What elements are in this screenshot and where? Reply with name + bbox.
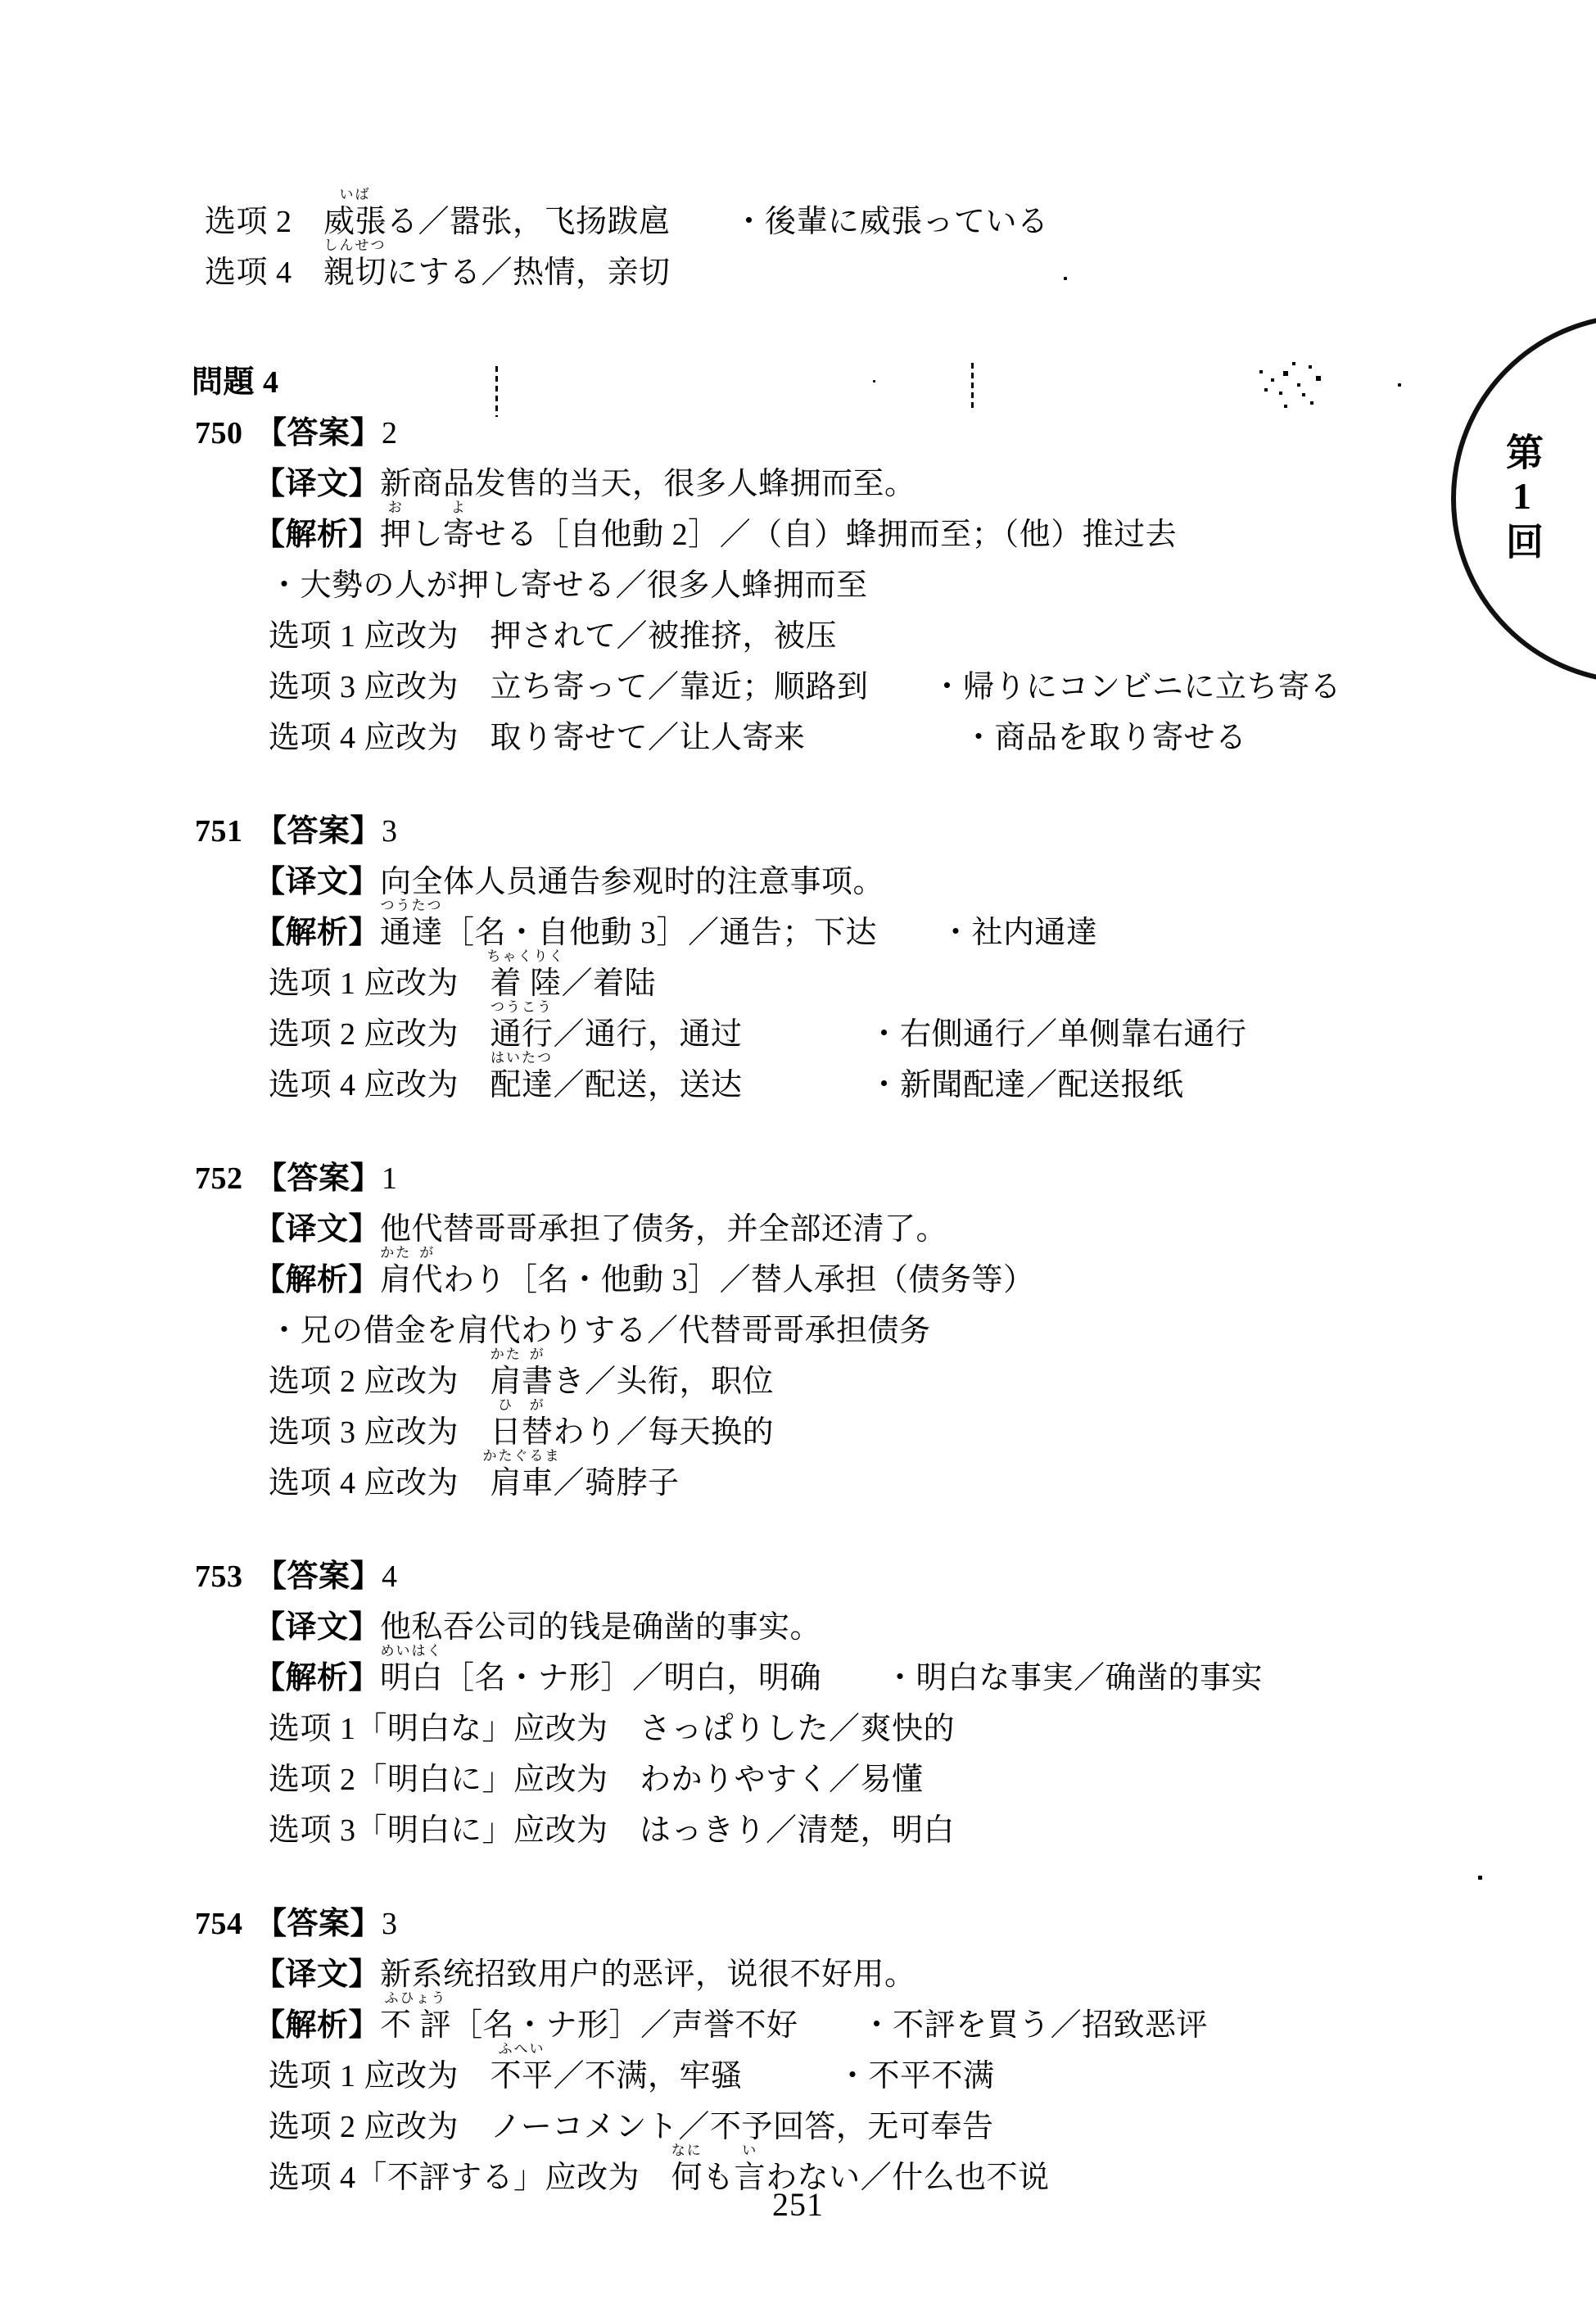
text-segment: 新系统招致用户的恶评，说很不好用。 xyxy=(380,1958,916,1992)
ruby-annotated-word: かた肩 xyxy=(380,1255,412,1306)
text-segment: 3 xyxy=(382,1907,398,1941)
furigana: ひ xyxy=(498,1398,513,1412)
scan-artifact xyxy=(1064,277,1067,280)
text-segment: ／配送，送达 ・新聞配達／配送报纸 xyxy=(554,1068,1184,1102)
bold-label: 【解析】 xyxy=(254,1263,380,1297)
text-segment: 选项 4 xyxy=(205,256,323,290)
ruby-annotated-word: ふひょう不 評 xyxy=(380,2000,451,2051)
text-line: 选项 3「明白に」应改为 はっきり／清楚，明白 xyxy=(188,1805,1466,1856)
text-line: 【解析】お押しよ寄せる［自他動 2］／（自）蜂拥而至；（他）推过去 xyxy=(188,509,1466,560)
chapter-tab-label: 第1回 xyxy=(1497,432,1546,564)
item-753: 753【答案】4【译文】他私吞公司的钱是确凿的事实。【解析】めいはく明白［名・ナ… xyxy=(188,1551,1466,1856)
text-line: 选项 4 应改为 取り寄せて／让人寄来 ・商品を取り寄せる xyxy=(188,713,1466,763)
text-segment: 1 xyxy=(382,1161,398,1196)
bold-label: 【译文】 xyxy=(254,1212,380,1247)
bold-label: 問題 4 xyxy=(192,365,279,400)
text-segment: ／骑脖子 xyxy=(554,1466,680,1500)
text-line: 【译文】新系统招致用户的恶评，说很不好用。 xyxy=(188,1949,1466,2000)
furigana: かた xyxy=(380,1246,411,1260)
furigana: しんせつ xyxy=(324,238,387,252)
bold-label: 754 xyxy=(195,1899,255,1949)
text-line: 选项 1 应改为 押されて／被推挤，被压 xyxy=(188,611,1466,662)
furigana: いば xyxy=(340,188,371,201)
ruby-annotated-word: はいたつ配達 xyxy=(491,1060,554,1111)
scan-artifact xyxy=(971,363,974,410)
text-line: 753【答案】4 xyxy=(188,1551,1466,1602)
ruby-annotated-word: お押 xyxy=(380,509,412,560)
text-line: 选项 4 しんせつ親切にする／热情，亲切 xyxy=(188,247,1466,298)
scan-artifact xyxy=(1478,1876,1482,1880)
text-line: 【解析】つうたつ通達［名・自他動 3］／通告；下达 ・社内通達 xyxy=(188,908,1466,958)
text-segment: せる［自他動 2］／（自）蜂拥而至；（他）推过去 xyxy=(475,518,1178,552)
text-segment: 选项 1 应改为 xyxy=(269,966,491,1001)
text-segment: ／着陆 xyxy=(562,966,657,1001)
text-line: 选项 2 应改为 つうこう通行／通行，通过 ・右側通行／单侧靠右通行 xyxy=(188,1009,1466,1060)
text-segment: 选项 3 应改为 xyxy=(269,1415,491,1450)
text-segment: 选项 2 应改为 xyxy=(269,1365,491,1399)
text-segment: 选项 4 应改为 xyxy=(269,1068,491,1102)
ruby-annotated-word: つうたつ通達 xyxy=(380,908,443,958)
scan-artifact xyxy=(873,380,875,382)
text-line: 751【答案】3 xyxy=(188,806,1466,857)
bold-label: 【译文】 xyxy=(254,1958,380,1992)
text-segment: 选项 4 应改为 取り寄せて／让人寄来 ・商品を取り寄せる xyxy=(269,721,1247,755)
item-752: 752【答案】1【译文】他代替哥哥承担了债务，并全部还清了。【解析】かた肩が代わ… xyxy=(188,1153,1466,1509)
item-750: 750【答案】2【译文】新商品发售的当天，很多人蜂拥而至。【解析】お押しよ寄せる… xyxy=(188,408,1466,763)
text-segment: ［名・ナ形］／明白，明确 ・明白な事実／确凿的事实 xyxy=(443,1661,1263,1695)
bold-label: 【解析】 xyxy=(254,2008,380,2043)
text-segment: 他私吞公司的钱是确凿的事实。 xyxy=(380,1610,821,1645)
bold-label: 【答案】 xyxy=(255,814,382,849)
item-754: 754【答案】3【译文】新系统招致用户的恶评，说很不好用。【解析】ふひょう不 評… xyxy=(188,1899,1466,2203)
text-line: 选项 1 应改为 ちゃくりく着 陸／着陆 xyxy=(188,958,1466,1009)
furigana: かた xyxy=(491,1347,522,1361)
furigana: ふへい xyxy=(499,2042,545,2056)
scan-artifact xyxy=(495,366,498,417)
text-line: 754【答案】3 xyxy=(188,1899,1466,1949)
text-line: 选项 3 应改为 立ち寄って／靠近；顺路到 ・帰りにコンビニに立ち寄る xyxy=(188,662,1466,713)
text-segment: 选项 2 应改为 ノーコメント／不予回答，无可奉告 xyxy=(269,2110,993,2144)
bold-label: 【译文】 xyxy=(254,1610,380,1645)
bold-label: 【答案】 xyxy=(255,1559,382,1594)
text-segment: ／通行，通过 ・右側通行／单侧靠右通行 xyxy=(554,1017,1247,1052)
furigana: はいたつ xyxy=(491,1051,553,1065)
text-segment: る／嚣张，飞扬跋扈 ・後輩に威張っている xyxy=(387,205,1049,239)
furigana: が xyxy=(419,1246,435,1260)
text-segment: ［名・自他動 3］／通告；下达 ・社内通達 xyxy=(443,916,1098,950)
bold-label: 【答案】 xyxy=(255,416,382,450)
furigana: めいはく xyxy=(381,1644,443,1658)
furigana: つうたつ xyxy=(381,898,443,912)
furigana: が xyxy=(530,1398,545,1412)
text-segment: ・兄の借金を肩代わりする／代替哥哥承担债务 xyxy=(269,1314,931,1348)
item-751: 751【答案】3【译文】向全体人员通告参观时的注意事项。【解析】つうたつ通達［名… xyxy=(188,806,1466,1111)
text-segment: 选项 2 应改为 xyxy=(269,1017,491,1052)
ruby-annotated-word: ふへい不平 xyxy=(491,2051,554,2102)
bold-label: 753 xyxy=(195,1551,255,1602)
bold-label: 【解析】 xyxy=(254,1661,380,1695)
text-segment: わり／每天换的 xyxy=(554,1415,775,1450)
furigana: よ xyxy=(451,500,467,514)
text-line: 选项 1「明白な」应改为 さっぱりした／爽快的 xyxy=(188,1704,1466,1754)
text-line: 752【答案】1 xyxy=(188,1153,1466,1204)
furigana: い xyxy=(742,2143,757,2157)
answers-content: 选项 2 いば威張る／嚣张，飞扬跋扈 ・後輩に威張っている选项 4 しんせつ親切… xyxy=(188,197,1466,2203)
bold-label: 【答案】 xyxy=(255,1161,382,1196)
text-line: 选项 3 应改为 ひ日が替わり／每天换的 xyxy=(188,1407,1466,1458)
text-segment: 选项 4 应改为 xyxy=(269,1466,491,1500)
text-segment: にする／热情，亲切 xyxy=(387,256,671,290)
text-segment: 3 xyxy=(382,814,398,849)
ruby-annotated-word: が代 xyxy=(412,1255,444,1306)
text-line: 选项 2 应改为 かた肩が書き／头衔，职位 xyxy=(188,1356,1466,1407)
text-segment: ／不满，牢骚 ・不平不满 xyxy=(554,2059,995,2093)
document-page: 选项 2 いば威張る／嚣张，飞扬跋扈 ・後輩に威張っている选项 4 しんせつ親切… xyxy=(0,0,1596,2322)
text-line: 【解析】めいはく明白［名・ナ形］／明白，明确 ・明白な事実／确凿的事实 xyxy=(188,1653,1466,1704)
text-line: 选项 4 应改为 かたぐるま肩車／骑脖子 xyxy=(188,1458,1466,1509)
scan-artifact xyxy=(1259,370,1263,373)
bold-label: 751 xyxy=(195,806,255,857)
bold-label: 【解析】 xyxy=(254,518,380,552)
bold-label: 【答案】 xyxy=(255,1907,382,1941)
prev-item-options: 选项 2 いば威張る／嚣张，飞扬跋扈 ・後輩に威張っている选项 4 しんせつ親切… xyxy=(188,197,1466,298)
furigana: お xyxy=(388,500,404,514)
text-segment: 选项 1 应改为 xyxy=(269,2059,491,2093)
text-line: 选项 2 应改为 ノーコメント／不予回答，无可奉告 xyxy=(188,2102,1466,2152)
furigana: かたぐるま xyxy=(483,1449,561,1463)
furigana: なに xyxy=(671,2143,703,2157)
scan-artifact xyxy=(1398,383,1401,387)
bold-label: 750 xyxy=(195,408,255,459)
furigana: つうこう xyxy=(491,1000,553,1014)
text-line: 【解析】かた肩が代わり［名・他動 3］／替人承担（债务等） xyxy=(188,1255,1466,1306)
text-segment: 向全体人员通告参观时的注意事项。 xyxy=(380,865,884,899)
ruby-annotated-word: しんせつ親切 xyxy=(323,247,387,298)
ruby-annotated-word: よ寄 xyxy=(443,509,475,560)
text-segment: 2 xyxy=(382,416,398,450)
text-segment: 选项 2「明白に」应改为 わかりやすく／易懂 xyxy=(269,1763,924,1797)
text-line: 【译文】新商品发售的当天，很多人蜂拥而至。 xyxy=(188,459,1466,509)
text-segment: 选项 3「明白に」应改为 はっきり／清楚，明白 xyxy=(269,1813,955,1848)
text-segment: ・大勢の人が押し寄せる／很多人蜂拥而至 xyxy=(269,568,868,603)
problem-heading: 問題 4 xyxy=(188,357,1466,408)
text-line: ・大勢の人が押し寄せる／很多人蜂拥而至 xyxy=(188,560,1466,611)
text-line: 选项 2「明白に」应改为 わかりやすく／易懂 xyxy=(188,1754,1466,1805)
ruby-annotated-word: かたぐるま肩車 xyxy=(491,1458,554,1509)
text-segment: 他代替哥哥承担了债务，并全部还清了。 xyxy=(380,1212,947,1247)
text-line: 选项 1 应改为 ふへい不平／不满，牢骚 ・不平不满 xyxy=(188,2051,1466,2102)
furigana: ふひょう xyxy=(385,1991,447,2005)
text-line: 【解析】ふひょう不 評［名・ナ形］／声誉不好 ・不評を買う／招致恶评 xyxy=(188,2000,1466,2051)
bold-label: 【译文】 xyxy=(254,865,380,899)
bold-label: 752 xyxy=(195,1153,255,1204)
text-segment: 新商品发售的当天，很多人蜂拥而至。 xyxy=(380,467,916,501)
text-segment: し xyxy=(412,518,444,552)
text-segment: 选项 3 应改为 立ち寄って／靠近；顺路到 ・帰りにコンビニに立ち寄る xyxy=(269,670,1341,704)
text-line: ・兄の借金を肩代わりする／代替哥哥承担债务 xyxy=(188,1306,1466,1356)
furigana: が xyxy=(530,1347,545,1361)
text-segment: き／头衔，职位 xyxy=(554,1365,775,1399)
text-line: 問題 4 xyxy=(188,357,1466,408)
text-line: 750【答案】2 xyxy=(188,408,1466,459)
page-number: 251 xyxy=(0,2185,1596,2224)
text-segment: 选项 1「明白な」应改为 さっぱりした／爽快的 xyxy=(269,1712,955,1746)
ruby-annotated-word: めいはく明白 xyxy=(380,1653,443,1704)
bold-label: 【译文】 xyxy=(254,467,380,501)
text-segment: ［名・ナ形］／声誉不好 ・不評を買う／招致恶评 xyxy=(451,2008,1208,2043)
text-line: 选项 4 应改为 はいたつ配達／配送，送达 ・新聞配達／配送报纸 xyxy=(188,1060,1466,1111)
text-segment: 选项 1 应改为 押されて／被推挤，被压 xyxy=(269,619,837,654)
text-segment: 选项 2 xyxy=(205,205,323,239)
text-segment: 4 xyxy=(382,1559,398,1594)
text-segment: わり［名・他動 3］／替人承担（债务等） xyxy=(443,1263,1035,1297)
bold-label: 【解析】 xyxy=(254,916,380,950)
furigana: ちゃくりく xyxy=(487,949,565,963)
